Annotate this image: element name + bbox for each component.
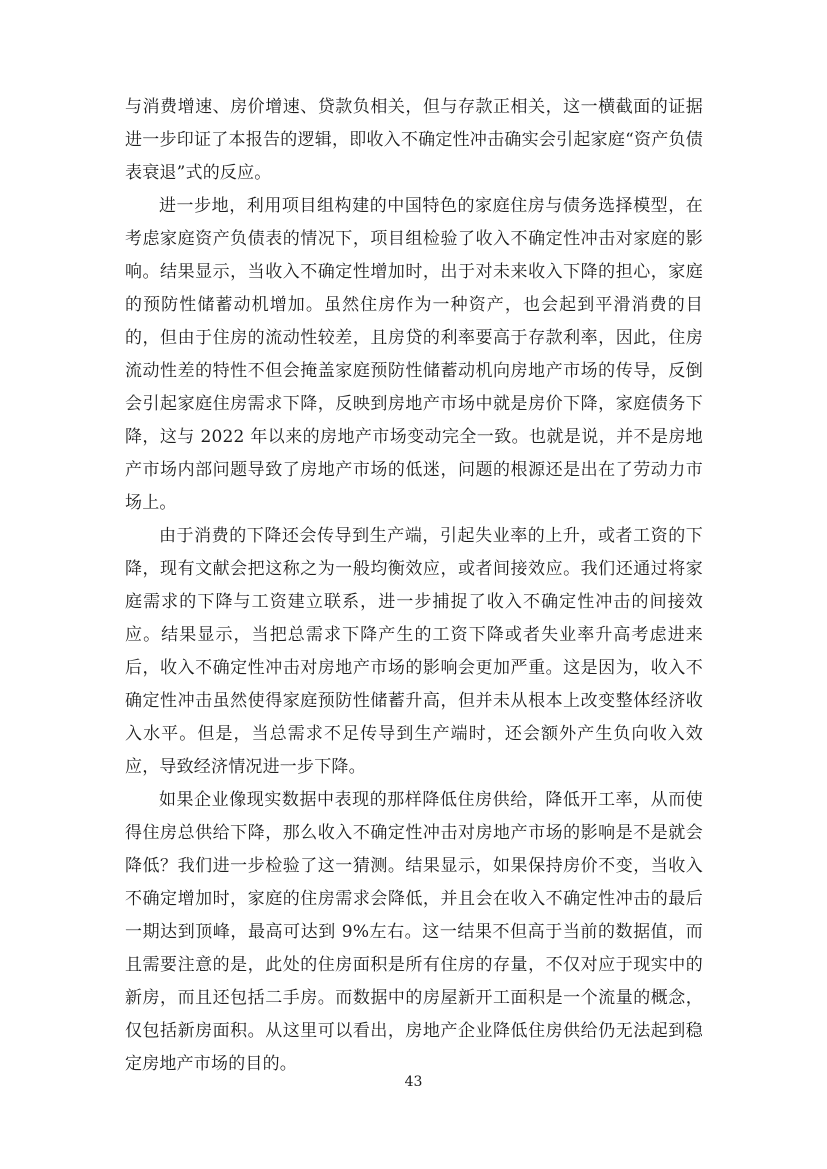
document-page: 与消费增速、房价增速、贷款负相关，但与存款正相关，这一横截面的证据进一步印证了本… [0,0,827,1169]
page-footer: 43 [0,1071,827,1092]
paragraph: 进一步地，利用项目组构建的中国特色的家庭住房与债务选择模型，在考虑家庭资产负债表… [125,190,703,520]
page-number: 43 [405,1074,423,1090]
paragraph: 由于消费的下降还会传导到生产端，引起失业率的上升，或者工资的下降，现有文献会把这… [125,520,703,784]
paragraph-continuation: 与消费增速、房价增速、贷款负相关，但与存款正相关，这一横截面的证据进一步印证了本… [125,91,703,190]
paragraph: 如果企业像现实数据中表现的那样降低住房供给，降低开工率，从而使得住房总供给下降，… [125,784,703,1081]
page-body-text: 与消费增速、房价增速、贷款负相关，但与存款正相关，这一横截面的证据进一步印证了本… [125,91,703,1081]
